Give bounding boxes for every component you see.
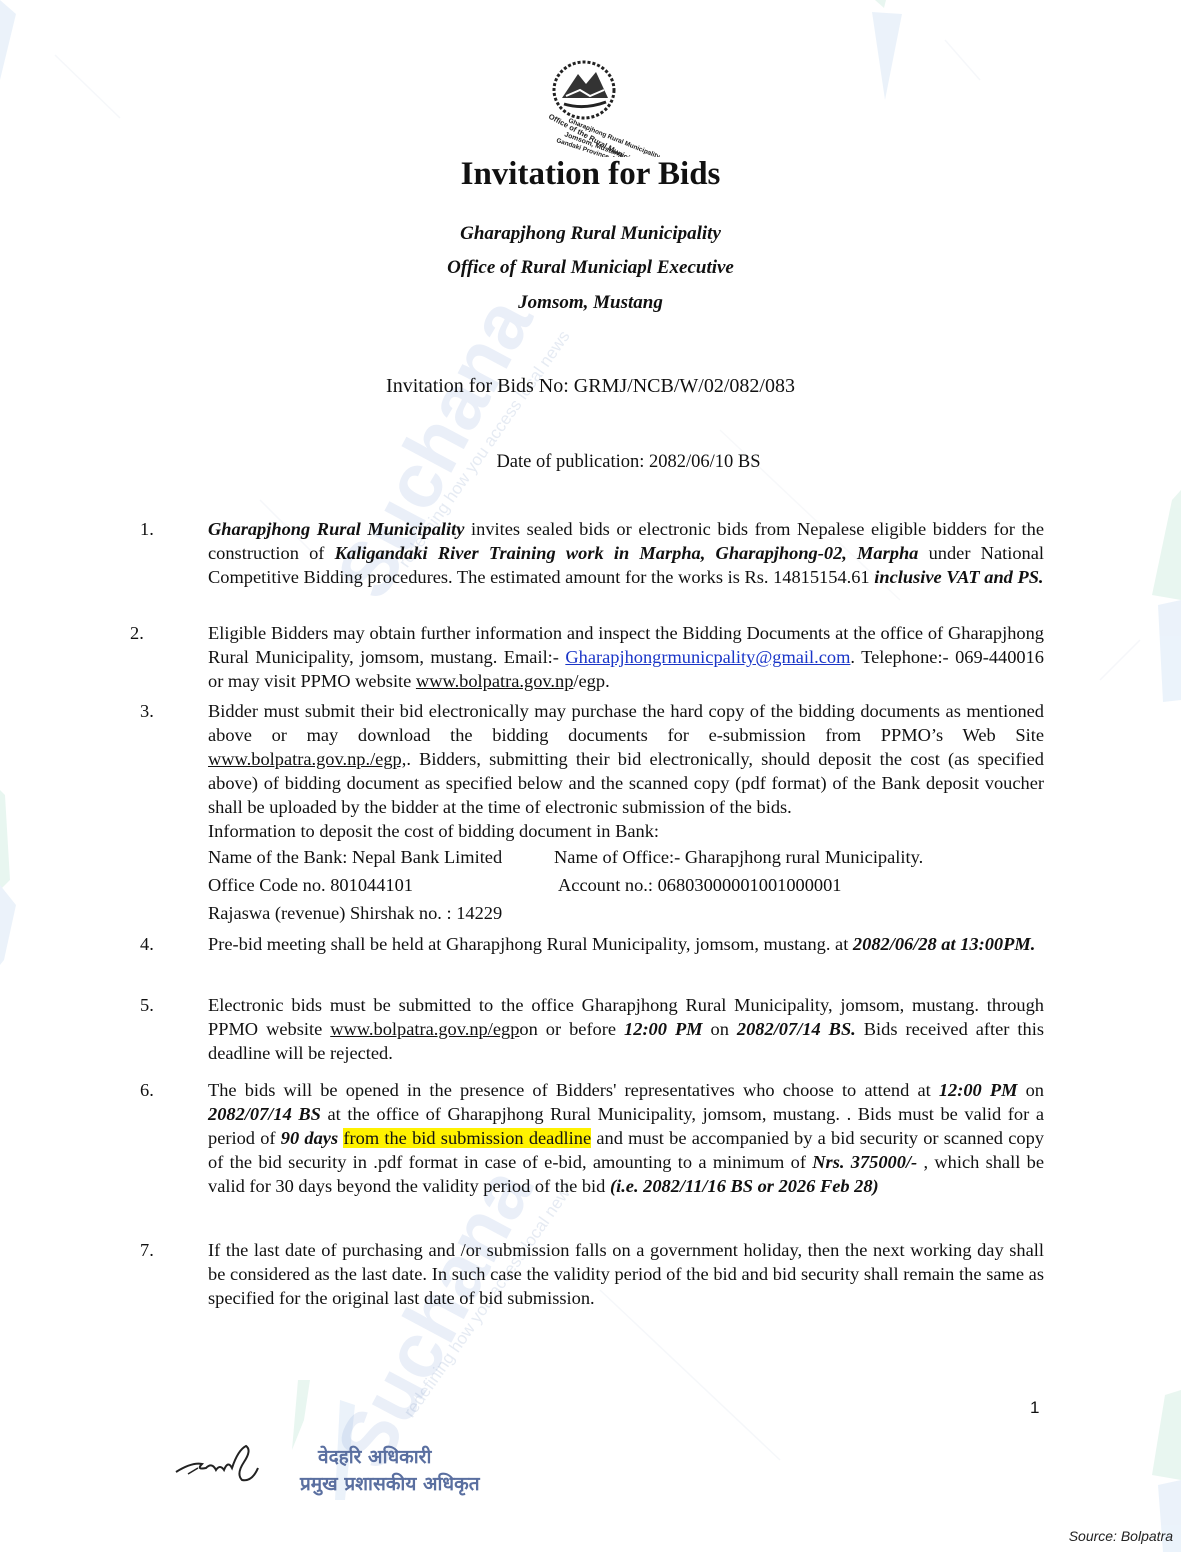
clause-body: Pre-bid meeting shall be held at Gharapj… [208,932,1044,956]
clause-text: on [1017,1080,1044,1100]
bank-row: Rajaswa (revenue) Shirshak no. : 14229 [208,901,1044,929]
clause-2: 2. Eligible Bidders may obtain further i… [128,621,1044,693]
clause-text: on or before [519,1019,624,1039]
clause-1: 1. Gharapjhong Rural Municipality invite… [128,517,1044,589]
clause-number: 4. [140,932,154,956]
signature-icon [172,1440,272,1490]
bank-details: Name of the Bank: Nepal Bank Limited Nam… [208,845,1044,929]
signatory-title: प्रमुख प्रशासकीय अधिकृत [300,1470,480,1496]
source-credit: Source: Bolpatra [1069,1528,1173,1544]
watermark-brand: Suchana [318,1153,551,1483]
office-name: Office of Rural Municiapl Executive [0,257,1181,279]
bold-italic-text: inclusive VAT and PS. [874,567,1043,587]
email-link[interactable]: Gharapjhongrmunicpality@gmail.com [565,647,850,667]
security-validity-date: (i.e. 2082/11/16 BS or 2026 Feb 28) [610,1176,879,1196]
clause-text: If the last date of purchasing and /or s… [208,1240,1044,1308]
clause-4: 4. Pre-bid meeting shall be held at Ghar… [128,932,1044,956]
opening-date: 2082/07/14 BS [208,1104,321,1124]
clause-body: If the last date of purchasing and /or s… [208,1238,1044,1310]
clause-number: 7. [140,1238,154,1262]
clause-3: 3. Bidder must submit their bid electron… [128,699,1044,929]
clause-body: Electronic bids must be submitted to the… [208,993,1044,1065]
clause-text: The bids will be opened in the presence … [208,1080,939,1100]
clause-text: on [703,1019,737,1039]
signatory-name: वेदहरि अधिकारी [318,1443,431,1469]
submission-time: 12:00 PM [624,1019,702,1039]
seal-emblem-icon: Gharapjhong Rural Municipality Office of… [520,52,660,157]
ifb-number: Invitation for Bids No: GRMJ/NCB/W/02/08… [0,375,1181,398]
bank-row: Office Code no. 801044101 Account no.: 0… [208,873,1044,901]
office-location: Jomsom, Mustang [0,292,1181,314]
clause-number: 3. [140,699,154,723]
office-name-field: Name of Office:- Gharapjhong rural Munic… [554,845,923,869]
clause-number: 2. [130,621,144,645]
prebid-datetime: 2082/06/28 at 13:00PM. [853,934,1035,954]
website-link[interactable]: www.bolpatra.gov.np [416,671,573,691]
document-title: Invitation for Bids [0,156,1181,193]
highlighted-text: from the bid submission deadline [343,1128,591,1148]
website-link[interactable]: www.bolpatra.gov.np./egp, [208,749,406,769]
account-number: Account no.: 06803000001001000001 [558,873,842,897]
publication-date: Date of publication: 2082/06/10 BS [38,452,1181,473]
validity-days: 90 days [281,1128,338,1148]
project-name: Kaligandaki River Training work in Marph… [335,543,919,563]
clause-number: 6. [140,1078,154,1102]
clause-body: Eligible Bidders may obtain further info… [208,621,1044,693]
bank-info-heading: Information to deposit the cost of biddi… [208,819,1044,843]
page-number: 1 [1030,1398,1039,1418]
submission-date: 2082/07/14 BS. [737,1019,856,1039]
bid-security-amount: Nrs. 375000/- [812,1152,917,1172]
municipality-seal: Gharapjhong Rural Municipality Office of… [520,52,660,157]
clause-number: 5. [140,993,154,1017]
bold-italic-text: Gharapjhong Rural Municipality [208,519,464,539]
revenue-head-number: Rajaswa (revenue) Shirshak no. : 14229 [208,903,502,923]
clause-6: 6. The bids will be opened in the presen… [128,1078,1044,1198]
clause-body: The bids will be opened in the presence … [208,1078,1044,1198]
clause-text: Pre-bid meeting shall be held at Gharapj… [208,934,853,954]
clause-number: 1. [140,517,154,541]
opening-time: 12:00 PM [939,1080,1018,1100]
clause-text: Bidder must submit their bid electronica… [208,701,1044,745]
website-link[interactable]: www.bolpatra.gov.np/egp [330,1019,519,1039]
clause-body: Gharapjhong Rural Municipality invites s… [208,517,1044,589]
clause-body: Bidder must submit their bid electronica… [208,699,1044,929]
bank-row: Name of the Bank: Nepal Bank Limited Nam… [208,845,1044,873]
office-code: Office Code no. 801044101 [208,875,413,895]
organization-name: Gharapjhong Rural Municipality [0,223,1181,245]
clause-5: 5. Electronic bids must be submitted to … [128,993,1044,1065]
bank-name: Name of the Bank: Nepal Bank Limited [208,847,502,867]
clause-7: 7. If the last date of purchasing and /o… [128,1238,1044,1310]
clause-text: /egp. [573,671,609,691]
